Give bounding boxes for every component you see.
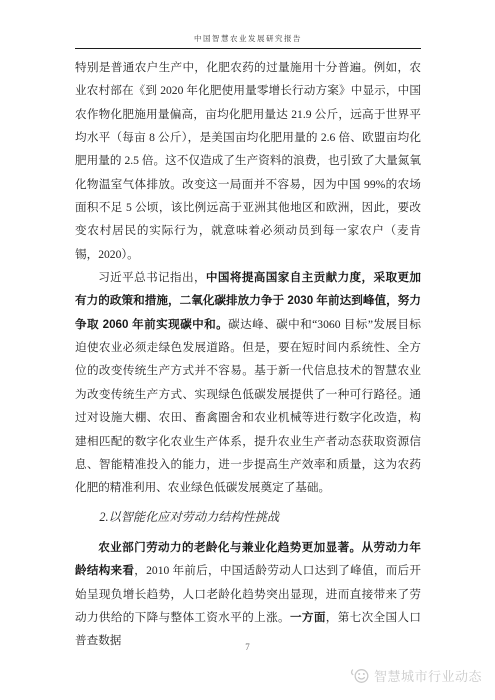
- document-body: 特别是普通农户生产中，化肥农药的过量施用十分普遍。例如，农业农村部在《到 202…: [75, 56, 421, 653]
- smiley-logo-icon: [350, 667, 370, 684]
- paragraph-run: 特别是普通农户生产中，化肥农药的过量施用十分普遍。例如，农业农村部在《到 202…: [75, 61, 421, 261]
- paragraph-run: 习近平总书记指出，: [98, 271, 206, 284]
- watermark: 智慧城市行业动态: [350, 666, 482, 685]
- header-title: 中国智慧农业发展研究报告: [194, 34, 302, 43]
- document-page: 中国智慧农业发展研究报告 特别是普通农户生产中，化肥农药的过量施用十分普遍。例如…: [0, 0, 495, 700]
- paragraph-labor-aging: 农业部门劳动力的老龄化与兼业化趋势更加显著。从劳动力年龄结构来看，2010 年前…: [75, 536, 421, 653]
- paragraph-run: 碳达峰、碳中和“3060 目标”发展目标迫使农业必须走绿色发展道路。但是，要在短…: [75, 318, 421, 494]
- page-header: 中国智慧农业发展研究报告: [75, 33, 421, 49]
- section-heading-labor-structure: 2.以智能化应对劳动力结构性挑战: [75, 506, 421, 529]
- paragraph-fertilizer-overuse: 特别是普通农户生产中，化肥农药的过量施用十分普遍。例如，农业农村部在《到 202…: [75, 56, 421, 266]
- paragraph-carbon-goals: 习近平总书记指出，中国将提高国家自主贡献力度，采取更加有力的政策和措施，二氧化碳…: [75, 266, 421, 499]
- page-number: 7: [0, 642, 495, 652]
- watermark-text: 智慧城市行业动态: [374, 666, 482, 685]
- paragraph-run-bold: 一方面: [290, 611, 326, 624]
